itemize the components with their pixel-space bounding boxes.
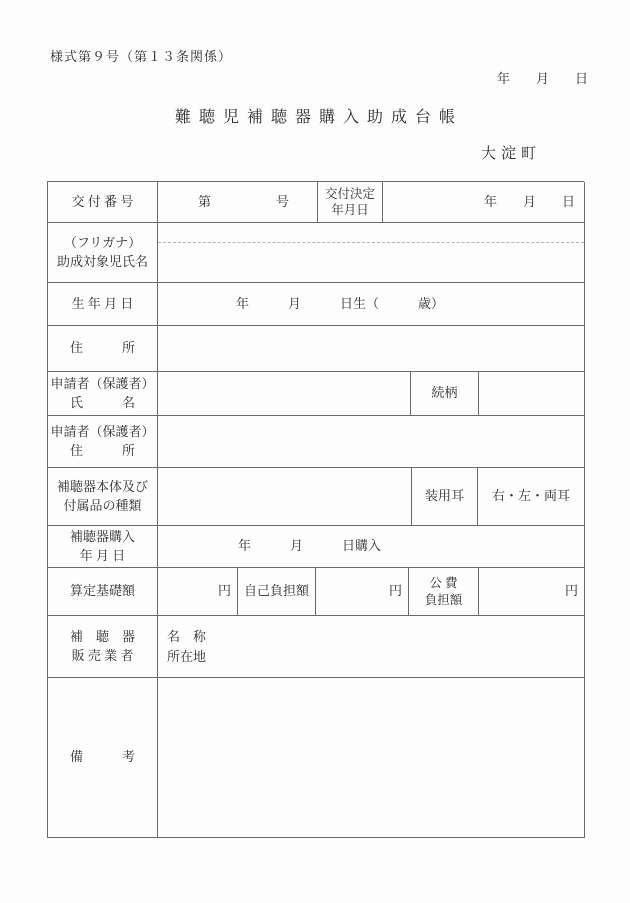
form-number-note: 様式第９号（第１３条関係）	[50, 46, 232, 65]
row-purchase-date: 補聴器購入 年 月 日 年 月 日購入	[48, 526, 584, 568]
birth-date-label: 生 年 月 日	[48, 283, 158, 326]
row-child-name: （フリガナ） 助成対象児氏名	[48, 223, 584, 283]
vendor-value: 名 称 所在地	[158, 616, 585, 678]
decision-date-value: 年 月 日	[383, 182, 585, 223]
child-name-label: （フリガナ） 助成対象児氏名	[48, 223, 158, 283]
relation-label: 続柄	[411, 372, 479, 416]
header-date: 年 月 日	[497, 68, 588, 87]
vendor-label: 補 聴 器 販 売 業 者	[48, 616, 158, 678]
self-pay-value: 円	[316, 568, 409, 616]
applicant-name-label: 申請者（保護者） 氏 名	[48, 372, 158, 416]
wearing-ear-options: 右・左・両耳	[478, 468, 585, 526]
wearing-ear-label: 装用耳	[412, 468, 478, 526]
row-remarks: 備 考	[48, 678, 584, 838]
hearing-aid-type-value	[158, 468, 412, 526]
grant-number-suffix: 号	[276, 193, 289, 212]
purchase-date-value: 年 月 日購入	[158, 526, 585, 568]
form-page: 様式第９号（第１３条関係） 年 月 日 難聴児補聴器購入助成台帳 大淀町 交 付…	[0, 0, 630, 903]
relation-value	[479, 372, 585, 416]
grant-number-label: 交 付 番 号	[48, 182, 158, 223]
row-birth-date: 生 年 月 日 年 月 日生（ 歳）	[48, 283, 584, 326]
public-pay-label: 公 費 負担額	[409, 568, 479, 616]
page-title: 難聴児補聴器購入助成台帳	[0, 104, 630, 127]
applicant-name-value	[158, 372, 411, 416]
row-amounts: 算定基礎額 円 自己負担額 円 公 費 負担額 円	[48, 568, 584, 616]
furigana-divider	[158, 242, 584, 243]
ledger-table: 交 付 番 号 第 号 交付決定 年月日 年 月 日 （フリガナ） 助成対象児氏…	[47, 181, 584, 838]
decision-date-label: 交付決定 年月日	[318, 182, 383, 223]
vendor-name-label: 名 称	[167, 627, 206, 647]
base-amount-label: 算定基礎額	[48, 568, 158, 616]
row-address: 住 所	[48, 326, 584, 372]
row-grant-number: 交 付 番 号 第 号 交付決定 年月日 年 月 日	[48, 182, 584, 223]
base-amount-value: 円	[158, 568, 238, 616]
row-hearing-aid-type: 補聴器本体及び 付属品の種類 装用耳 右・左・両耳	[48, 468, 584, 526]
hearing-aid-type-label: 補聴器本体及び 付属品の種類	[48, 468, 158, 526]
self-pay-label: 自己負担額	[238, 568, 316, 616]
remarks-label: 備 考	[48, 678, 158, 838]
grant-number-prefix: 第	[198, 193, 211, 212]
address-value	[158, 326, 585, 372]
birth-date-value: 年 月 日生（ 歳）	[158, 283, 585, 326]
applicant-address-value	[158, 416, 585, 468]
applicant-address-label: 申請者（保護者） 住 所	[48, 416, 158, 468]
row-applicant-address: 申請者（保護者） 住 所	[48, 416, 584, 468]
municipality: 大淀町	[481, 142, 541, 163]
purchase-date-label: 補聴器購入 年 月 日	[48, 526, 158, 568]
row-applicant-name: 申請者（保護者） 氏 名 続柄	[48, 372, 584, 416]
child-name-value	[158, 223, 585, 283]
address-label: 住 所	[48, 326, 158, 372]
vendor-address-label: 所在地	[167, 647, 206, 667]
remarks-value	[158, 678, 585, 838]
row-vendor: 補 聴 器 販 売 業 者 名 称 所在地	[48, 616, 584, 678]
grant-number-value: 第 号	[158, 182, 318, 223]
public-pay-value: 円	[479, 568, 585, 616]
